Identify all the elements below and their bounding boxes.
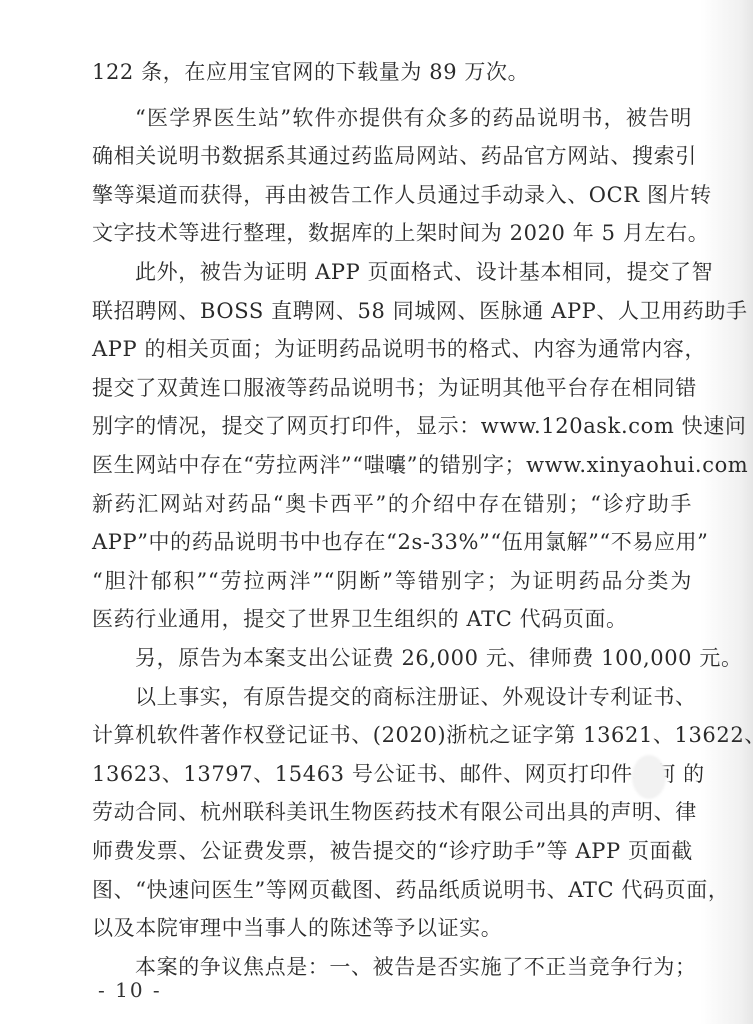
text-line: 新药汇网站对药品“奥卡西平”的介绍中存在错别；“诊疗助手 (92, 489, 692, 519)
paragraph-start: 以上事实，有原告提交的商标注册证、外观设计专利证书、 (135, 682, 692, 712)
paragraph-start: “医学界医生站”软件亦提供有众多的药品说明书，被告明 (135, 103, 692, 133)
text-line: “胆汁郁积”“劳拉两泮”“阴断”等错别字；为证明药品分类为 (92, 566, 692, 596)
text-line: 师费发票、公证费发票，被告提交的“诊疗助手”等 APP 页面截 (92, 836, 692, 866)
text-line: 医生网站中存在“劳拉两泮”“嗤囔”的错别字；www.xinyaohui.com (92, 450, 692, 480)
text-line: 别字的情况，提交了网页打印件，显示：www.120ask.com 快速问 (92, 411, 692, 441)
text-line: 图、“快速问医生”等网页截图、药品纸质说明书、ATC 代码页面， (92, 875, 692, 905)
text-line: 122 条，在应用宝官网的下载量为 89 万次。 (92, 57, 692, 87)
page-number: - 10 - (98, 978, 162, 1002)
text-line: APP 的相关页面；为证明药品说明书的格式、内容为通常内容， (92, 334, 692, 364)
paragraph-start: 此外，被告为证明 APP 页面格式、设计基本相同，提交了智 (135, 257, 692, 287)
text-line: 医药行业通用，提交了世界卫生组织的 ATC 代码页面。 (92, 604, 692, 634)
text-line: APP”中的药品说明书中也存在“2s-33%”“伍用氯解”“不易应用” (92, 527, 692, 557)
document-page: 122 条，在应用宝官网的下载量为 89 万次。 “医学界医生站”软件亦提供有众… (0, 0, 753, 1024)
text-line: 联招聘网、BOSS 直聘网、58 同城网、医脉通 APP、人卫用药助手 (92, 296, 692, 326)
text-line: 以及本院审理中当事人的陈述等予以证实。 (92, 913, 692, 943)
text-line: 劳动合同、杭州联科美讯生物医药技术有限公司出具的声明、律 (92, 797, 692, 827)
paragraph-start: 另，原告为本案支出公证费 26,000 元、律师费 100,000 元。 (135, 643, 692, 673)
paragraph-start: 本案的争议焦点是：一、被告是否实施了不正当竞争行为； (135, 952, 692, 982)
text-line: 计算机软件著作权登记证书、(2020)浙杭之证字第 13621、13622、 (92, 720, 692, 750)
text-line: 提交了双黄连口服液等药品说明书；为证明其他平台存在相同错 (92, 373, 692, 403)
text-line: 文字技术等进行整理，数据库的上架时间为 2020 年 5 月左右。 (92, 218, 692, 248)
redaction-mark (632, 755, 666, 799)
text-line: 13623、13797、15463 号公证书、邮件、网页打印件、何 的 (92, 759, 692, 789)
text-line: 擎等渠道而获得，再由被告工作人员通过手动录入、OCR 图片转 (92, 180, 692, 210)
text-line: 确相关说明书数据系其通过药监局网站、药品官方网站、搜索引 (92, 141, 692, 171)
